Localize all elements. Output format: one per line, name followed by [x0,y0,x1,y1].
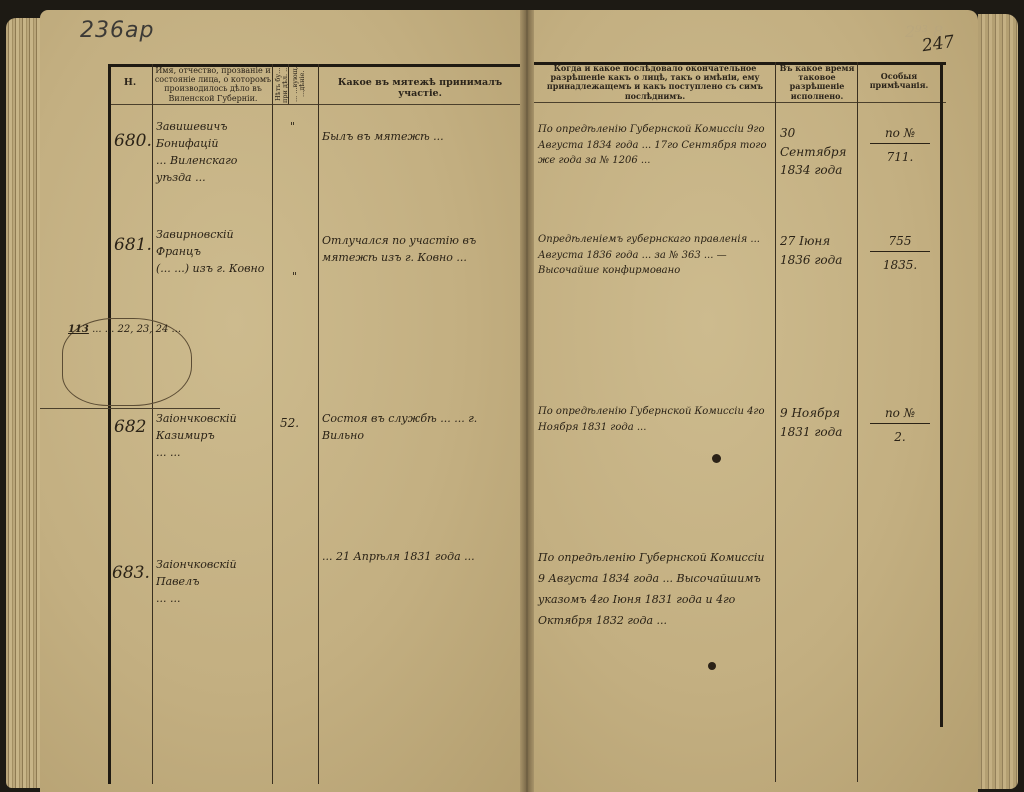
header-rotated-1: Нѣтъ бу... при дѣл. ... [275,64,287,104]
header-participation: Какое въ мятежѣ принималъ участіе. [320,78,520,100]
entry-participation: Состоя въ службѣ ... ... г. Вильно [322,410,518,444]
entry-name-detail: ... ... [156,590,270,607]
left-header-rule [108,104,520,105]
header-notes: Особыя примѣчанія. [859,72,939,90]
entry-executed: 9 Ноября 1831 года [780,404,856,441]
marginal-note-text: ... ... 22, 23, 24 ... [92,324,181,335]
entry-name-detail: ... Виленскаго уѣзда ... [156,152,270,186]
marginal-note: 113 ... ... 22, 23, 24 ... [68,322,188,338]
entry-name-text: Завирновскій Францъ [156,226,270,260]
marginal-underline [40,408,220,409]
entry-pages: 52. [280,414,299,433]
entry-name: Завишевичъ Бонифацій ... Виленскаго уѣзд… [156,118,270,186]
entry-resolution: По опредѣленію Губернской Комиссіи 9го А… [538,122,772,169]
marginal-note-number: 113 [68,324,89,335]
entry-notes-bottom: 711. [870,148,930,167]
header-resolution: Когда и какое послѣдовало окончательное … [536,64,774,101]
entry-number: 680. [114,128,152,154]
entry-participation: Отлучался по участію въ мятежѣ изъ г. Ко… [322,232,518,266]
right-header-rule [534,102,946,103]
entry-number: 681. [114,232,152,258]
entry-name-text: Завишевичъ Бонифацій [156,118,270,152]
entry-name-text: Заіончковскій Казимиръ [156,410,270,444]
header-name: Имя, отчество, прозваніе и состояніе лиц… [154,66,272,103]
left-col-divider-2 [272,64,273,784]
right-col-divider-2 [857,62,858,782]
right-outer-rule [940,62,943,727]
header-rotated-2: ... ...вующ. ...дѣніе. [292,64,316,104]
archive-number: 236ар [80,18,154,43]
entry-resolution: По опредѣленію Губернской Комиссіи 9 Авг… [538,548,772,632]
header-number: Н. [110,78,150,89]
page-edges-right [978,14,1018,789]
book-gutter [520,10,534,792]
entry-pages: " [292,268,297,285]
right-col-divider-1 [775,62,776,782]
entry-name: Завирновскій Францъ (... ...) изъ г. Ков… [156,226,270,277]
entry-name-detail: ... ... [156,444,270,461]
entry-number: 682 [114,414,146,440]
entry-name-detail: (... ...) изъ г. Ковно [156,260,270,277]
left-outer-rule [108,64,111,784]
header-executed: Въ какое время таковое разрѣшеніе исполн… [777,64,857,101]
entry-name-text: Заіончковскій Павелъ [156,556,270,590]
entry-notes-bottom: 1835. [870,256,930,275]
entry-name: Заіончковскій Казимиръ ... ... [156,410,270,461]
entry-pages: " [290,118,295,135]
entry-participation: Былъ въ мятежѣ ... [322,128,518,145]
entry-notes-top: 755 [870,232,930,252]
entry-notes-bottom: 2. [870,428,930,447]
ink-stain [708,662,716,670]
entry-number: 683. [112,560,150,586]
entry-executed: 30 Сентября 1834 года [780,124,856,180]
ledger-book: 236ар 2⁹³ 8 247 Н. Имя, отчество, прозва… [0,0,1024,792]
ink-stain [712,454,721,463]
entry-participation: ... 21 Апрѣля 1831 года ... [322,548,518,565]
entry-name: Заіончковскій Павелъ ... ... [156,556,270,607]
entry-notes-top: по № [870,404,930,424]
entry-resolution: По опредѣленію Губернской Комиссіи 4го Н… [538,404,772,435]
left-col-divider-4 [318,64,319,784]
entry-executed: 27 Іюня 1836 года [780,232,856,269]
entry-notes-top: по № [870,124,930,144]
entry-resolution: Опредѣленіемъ губернскаго правленія ... … [538,232,772,279]
left-col-divider-1 [152,64,153,784]
